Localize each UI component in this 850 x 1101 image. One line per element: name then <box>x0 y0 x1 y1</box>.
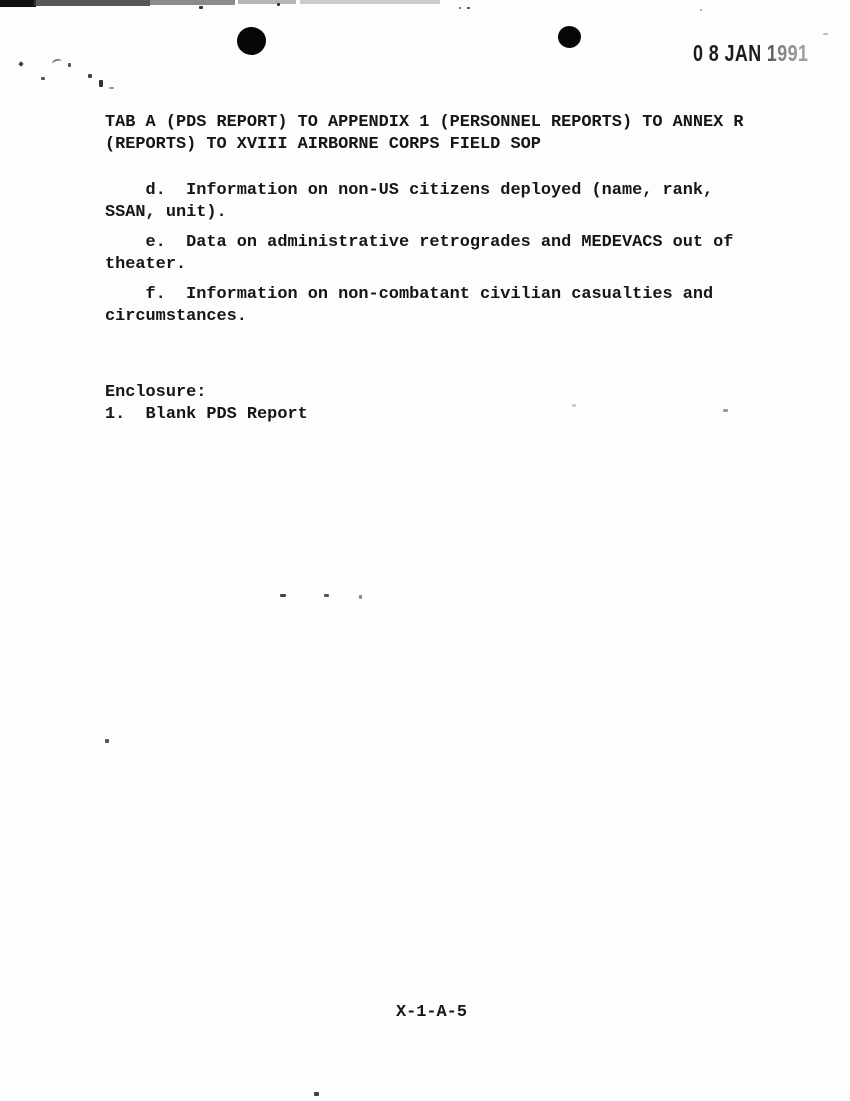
scan-speck <box>314 1092 319 1096</box>
scan-artifact-bar <box>0 0 36 7</box>
scan-speck <box>700 9 702 11</box>
pencil-mark <box>41 77 45 80</box>
pencil-mark <box>109 87 114 89</box>
scan-artifact-bar <box>238 0 296 4</box>
pencil-mark <box>51 58 62 67</box>
scan-speck <box>359 595 362 599</box>
scan-speck <box>467 7 470 9</box>
paragraph-f: f. Information on non-combatant civilian… <box>105 284 713 327</box>
scan-speck <box>199 6 203 9</box>
scan-speck <box>280 594 286 597</box>
hole-punch-left-icon <box>237 27 266 55</box>
pencil-mark <box>99 80 103 87</box>
document-title: TAB A (PDS REPORT) TO APPENDIX 1 (PERSON… <box>105 112 744 155</box>
scan-speck <box>324 594 329 597</box>
scan-speck <box>572 404 576 407</box>
scan-artifact-bar <box>34 0 150 6</box>
scan-speck <box>823 33 828 35</box>
enclosure-block: Enclosure: 1. Blank PDS Report <box>105 382 308 425</box>
paragraph-e: e. Data on administrative retrogrades an… <box>105 232 733 275</box>
pencil-mark <box>88 74 92 78</box>
scan-speck <box>277 3 280 6</box>
scan-artifact-bar <box>150 0 235 5</box>
date-stamp: 0 8 JAN 1991 <box>693 42 808 65</box>
pencil-mark <box>68 63 71 67</box>
scan-speck <box>723 409 728 412</box>
scan-speck <box>459 7 461 9</box>
pencil-mark <box>18 61 24 67</box>
paragraph-d: d. Information on non-US citizens deploy… <box>105 180 713 223</box>
scan-speck <box>105 739 109 743</box>
scan-artifact-bar <box>300 0 440 4</box>
page-number: X-1-A-5 <box>396 1002 467 1024</box>
scanned-document-page: 0 8 JAN 1991 TAB A (PDS REPORT) TO APPEN… <box>0 0 850 1101</box>
hole-punch-right-icon <box>558 26 581 48</box>
